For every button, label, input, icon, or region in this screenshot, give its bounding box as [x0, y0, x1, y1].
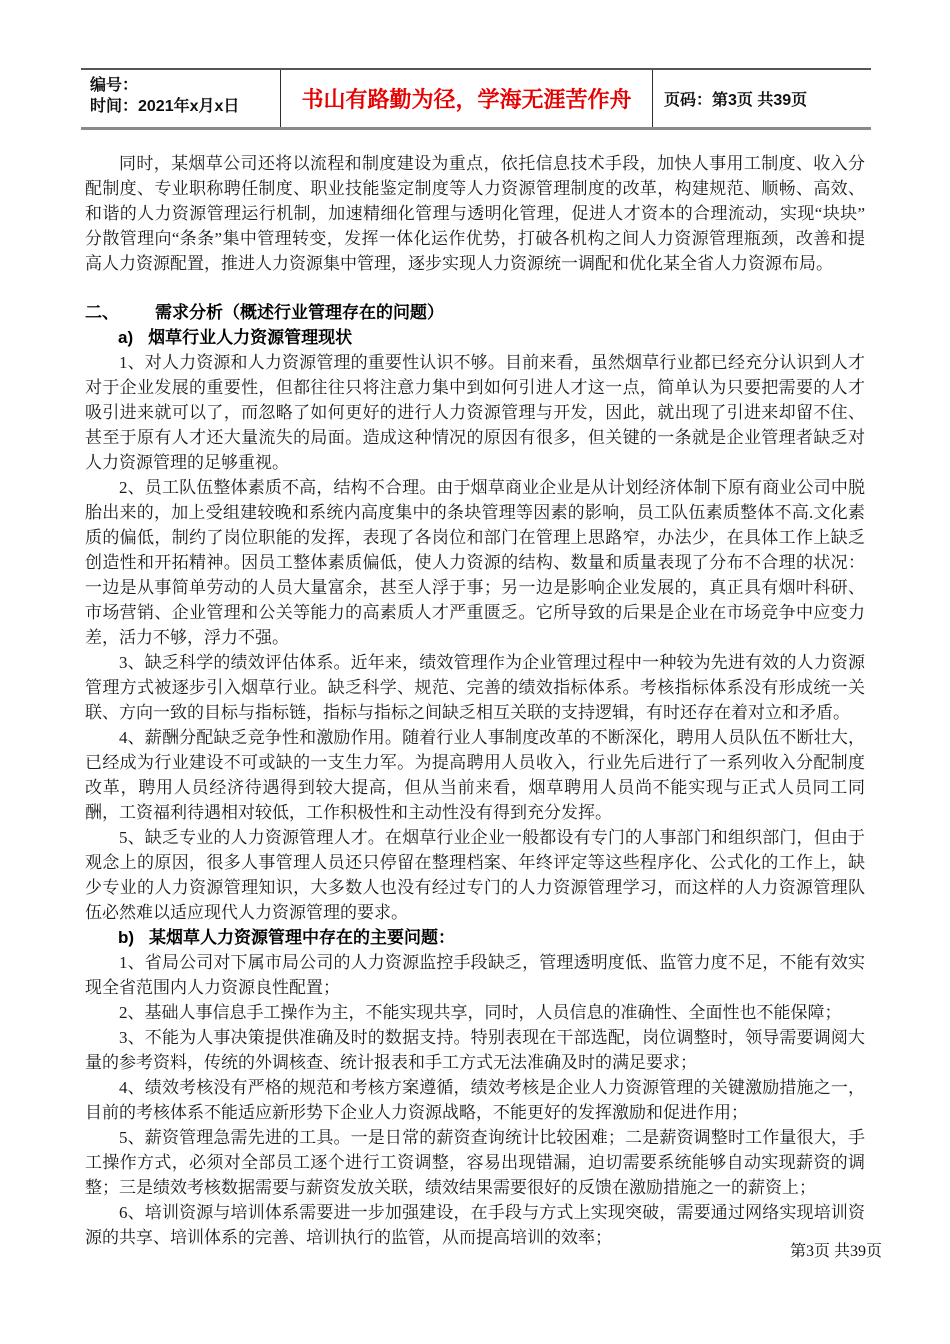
- header-number-date-cell: 编号： 时间：2021年x月x日: [81, 70, 280, 127]
- subsection-b-label: b): [118, 925, 134, 950]
- a-item-paragraph-5: 5、缺乏专业的人力资源管理人才。在烟草行业企业一般都设有专门的人事部门和组织部门…: [85, 825, 865, 925]
- section-heading: 二、需求分析（概述行业管理存在的问题）: [85, 300, 865, 325]
- page-header-table: 编号： 时间：2021年x月x日 书山有路勤为径，学海无涯苦作舟 页码：第3页 …: [81, 68, 871, 130]
- subsection-a-title: 烟草行业人力资源管理现状: [148, 328, 352, 347]
- a-item-paragraph-3: 3、缺乏科学的绩效评估体系。近年来，绩效管理作为企业管理过程中一种较为先进有效的…: [85, 650, 865, 725]
- header-page-number-cell: 页码：第3页 共39页: [653, 70, 871, 127]
- b-item-paragraph-3: 3、不能为人事决策提供准确及时的数据支持。特别表现在干部选配，岗位调整时，领导需…: [85, 1025, 865, 1075]
- section-number: 二、: [85, 300, 155, 325]
- b-item-paragraph-5: 5、薪资管理急需先进的工具。一是日常的薪资查询统计比较困难；二是薪资调整时工作量…: [85, 1125, 865, 1200]
- a-item-paragraph-2: 2、员工队伍整体素质不高，结构不合理。由于烟草商业企业是从计划经济体制下原有商业…: [85, 475, 865, 650]
- header-number-label: 编号：: [90, 75, 276, 96]
- subsection-b-heading: b)某烟草人力资源管理中存在的主要问题：: [85, 925, 865, 950]
- header-date-label: 时间：2021年x月x日: [90, 96, 276, 117]
- b-item-paragraph-2: 2、基础人事信息手工操作为主，不能实现共享，同时，人员信息的准确性、全面性也不能…: [85, 1000, 865, 1025]
- intro-paragraph: 同时，某烟草公司还将以流程和制度建设为重点，依托信息技术手段，加快人事用工制度、…: [85, 151, 865, 276]
- a-item-paragraph-1: 1、对人力资源和人力资源管理的重要性认识不够。目前来看，虽然烟草行业都已经充分认…: [85, 350, 865, 475]
- header-motto-text: 书山有路勤为径，学海无涯苦作舟: [301, 83, 631, 114]
- header-page-info: 页码：第3页 共39页: [664, 87, 807, 110]
- a-item-paragraph-4: 4、薪酬分配缺乏竞争性和激励作用。随着行业人事制度改革的不断深化，聘用人员队伍不…: [85, 725, 865, 825]
- document-body: 同时，某烟草公司还将以流程和制度建设为重点，依托信息技术手段，加快人事用工制度、…: [85, 151, 865, 1250]
- subsection-a-label: a): [118, 325, 133, 350]
- document-page: 编号： 时间：2021年x月x日 书山有路勤为径，学海无涯苦作舟 页码：第3页 …: [0, 0, 950, 1344]
- b-item-paragraph-6: 6、培训资源与培训体系需要进一步加强建设，在手段与方式上实现突破，需要通过网络实…: [85, 1200, 865, 1250]
- b-item-paragraph-4: 4、绩效考核没有严格的规范和考核方案遵循，绩效考核是企业人力资源管理的关键激励措…: [85, 1075, 865, 1125]
- subsection-a-heading: a)烟草行业人力资源管理现状: [85, 325, 865, 350]
- header-motto-cell: 书山有路勤为径，学海无涯苦作舟: [280, 70, 653, 127]
- section-title: 需求分析（概述行业管理存在的问题）: [155, 303, 444, 322]
- footer-page-info: 第3页 共39页: [790, 1238, 882, 1261]
- subsection-b-title: 某烟草人力资源管理中存在的主要问题：: [149, 928, 455, 947]
- b-item-paragraph-1: 1、省局公司对下属市局公司的人力资源监控手段缺乏，管理透明度低、监管力度不足，不…: [85, 950, 865, 1000]
